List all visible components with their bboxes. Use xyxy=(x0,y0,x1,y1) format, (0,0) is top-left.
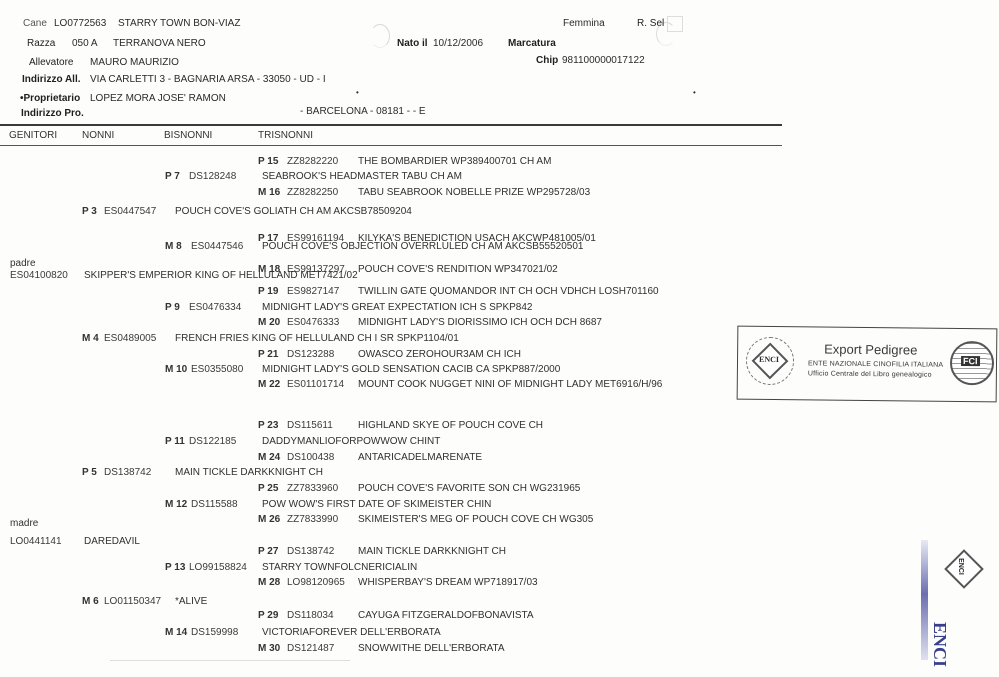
nato-value: 10/12/2006 xyxy=(433,38,483,49)
gen2-reg: ES0447547 xyxy=(104,206,156,217)
gen4-name: ANTARICADELMARENATE xyxy=(358,452,482,463)
indirizzo-all-value: VIA CARLETTI 3 - BAGNARIA ARSA - 33050 -… xyxy=(90,74,326,85)
col-bisnonni: BISNONNI xyxy=(164,130,212,141)
gen4-reg: DS121487 xyxy=(287,643,334,654)
gen4-code: M 30 xyxy=(258,643,280,654)
cane-label: Cane xyxy=(23,18,47,29)
gen3-name: POW WOW'S FIRST DATE OF SKIMEISTER CHIN xyxy=(262,499,491,510)
gen4-reg: DS138742 xyxy=(287,546,334,557)
gen4-reg: ES0476333 xyxy=(287,317,339,328)
gen4-name: SKIMEISTER'S MEG OF POUCH COVE CH WG305 xyxy=(358,514,593,525)
gen4-name: HIGHLAND SKYE OF POUCH COVE CH xyxy=(358,420,543,431)
proprietario-value: LOPEZ MORA JOSE' RAMON xyxy=(90,93,226,104)
gen4-code: P 19 xyxy=(258,286,278,297)
gen3-name: POUCH COVE'S OBJECTION OVERRLULED CH AM … xyxy=(262,241,583,252)
gen4-code: M 22 xyxy=(258,379,280,390)
gen3-code: M 10 xyxy=(165,364,187,375)
gen4-reg: DS115611 xyxy=(287,420,333,431)
gen2-code: M 4 xyxy=(82,333,99,344)
gen2-code: M 6 xyxy=(82,596,99,607)
gen3-name: MIDNIGHT LADY'S GREAT EXPECTATION ICH S … xyxy=(262,302,533,313)
enci-logo-text: ENCI xyxy=(929,622,950,667)
checkbox-rsel xyxy=(667,16,683,32)
stamp-title: Export Pedigree xyxy=(824,342,917,358)
dot-mark: • xyxy=(356,88,359,97)
gen2-name: *ALIVE xyxy=(175,596,207,607)
gen3-reg: DS159998 xyxy=(191,627,238,638)
gen4-name: OWASCO ZEROHOUR3AM CH ICH xyxy=(358,349,521,360)
sex-value: Femmina xyxy=(563,18,605,29)
parent-role-madre: madre xyxy=(10,518,38,529)
header-rule-top xyxy=(0,124,782,126)
enci-color-bar xyxy=(921,540,928,660)
gen3-name: STARRY TOWNFOLCNERICIALIN xyxy=(262,562,417,573)
razza-label: Razza xyxy=(27,38,55,49)
gen4-reg: DS123288 xyxy=(287,349,334,360)
gen4-code: P 23 xyxy=(258,420,278,431)
gen3-name: MIDNIGHT LADY'S GOLD SENSATION CACIB CA … xyxy=(262,364,560,375)
indirizzo-pro-value: - BARCELONA - 08181 - - E xyxy=(300,106,426,117)
stamp-line-1: ENTE NAZIONALE CINOFILIA ITALIANA xyxy=(808,360,943,368)
chip-value: 981100000017122 xyxy=(562,55,645,66)
razza-name: TERRANOVA NERO xyxy=(113,38,206,49)
gen4-name: MIDNIGHT LADY'S DIORISSIMO ICH OCH DCH 8… xyxy=(358,317,602,328)
gen4-name: POUCH COVE'S FAVORITE SON CH WG231965 xyxy=(358,483,580,494)
parent-name: DAREDAVIL xyxy=(84,536,140,547)
stamp-line-2: Ufficio Centrale del Libro genealogico xyxy=(808,370,932,378)
col-genitori: GENITORI xyxy=(9,130,57,141)
parent-role-padre: padre xyxy=(10,258,36,269)
rsel-label: R. Sel xyxy=(637,18,664,29)
parent-name: SKIPPER'S EMPERIOR KING OF HELLULAND MET… xyxy=(84,270,358,281)
gen4-reg: ZZ8282220 xyxy=(287,156,338,167)
gen3-reg: DS128248 xyxy=(189,171,236,182)
gen4-name: THE BOMBARDIER WP389400701 CH AM xyxy=(358,156,551,167)
gen4-name: MAIN TICKLE DARKKNIGHT CH xyxy=(358,546,506,557)
gen4-code: M 24 xyxy=(258,452,280,463)
gen4-code: M 20 xyxy=(258,317,280,328)
col-nonni: NONNI xyxy=(82,130,114,141)
gen3-reg: DS115588 xyxy=(191,499,238,510)
allevatore-value: MAURO MAURIZIO xyxy=(90,57,179,68)
gen2-name: MAIN TICKLE DARKKNIGHT CH xyxy=(175,467,323,478)
parent-reg: LO0441141 xyxy=(10,536,62,547)
gen2-name: POUCH COVE'S GOLIATH CH AM AKCSB78509204 xyxy=(175,206,412,217)
gen4-code: P 25 xyxy=(258,483,278,494)
gen4-name: TWILLIN GATE QUOMANDOR INT CH OCH VDHCH … xyxy=(358,286,659,297)
bottom-rule xyxy=(110,660,350,661)
gen3-code: P 13 xyxy=(165,562,185,573)
enci-seal-icon: ENCI xyxy=(746,337,795,386)
col-trisnonni: TRISNONNI xyxy=(258,130,313,141)
gen3-code: M 14 xyxy=(165,627,187,638)
chip-label: Chip xyxy=(536,55,558,66)
indirizzo-all-label: Indirizzo All. xyxy=(22,74,81,85)
dot-mark: • xyxy=(693,88,696,97)
gen4-code: P 29 xyxy=(258,610,278,621)
allevatore-label: Allevatore xyxy=(29,57,73,68)
punch-hole xyxy=(370,24,390,48)
gen3-code: P 11 xyxy=(165,436,185,447)
gen3-reg: LO99158824 xyxy=(189,562,247,573)
gen3-code: P 9 xyxy=(165,302,180,313)
gen2-name: FRENCH FRIES KING OF HELLULAND CH I SR S… xyxy=(175,333,459,344)
gen4-reg: LO98120965 xyxy=(287,577,345,588)
gen4-name: POUCH COVE'S RENDITION WP347021/02 xyxy=(358,264,558,275)
gen3-reg: ES0447546 xyxy=(191,241,243,252)
header-rule-bottom xyxy=(0,145,782,146)
gen3-name: DADDYMANLIOFORPOWWOW CHINT xyxy=(262,436,440,447)
gen4-name: MOUNT COOK NUGGET NINI OF MIDNIGHT LADY … xyxy=(358,379,662,390)
gen2-reg: DS138742 xyxy=(104,467,151,478)
gen2-code: P 5 xyxy=(82,467,97,478)
cane-name: STARRY TOWN BON-VIAZ xyxy=(118,18,240,29)
gen2-code: P 3 xyxy=(82,206,97,217)
gen2-reg: ES0489005 xyxy=(104,333,156,344)
gen3-reg: ES0476334 xyxy=(189,302,241,313)
gen4-name: TABU SEABROOK NOBELLE PRIZE WP295728/03 xyxy=(358,187,590,198)
gen4-name: WHISPERBAY'S DREAM WP718917/03 xyxy=(358,577,538,588)
gen3-reg: DS122185 xyxy=(189,436,236,447)
parent-reg: ES04100820 xyxy=(10,270,68,281)
gen4-reg: ES9827147 xyxy=(287,286,339,297)
gen4-reg: ES01101714 xyxy=(287,379,344,390)
gen4-reg: ZZ7833990 xyxy=(287,514,338,525)
proprietario-label: •Proprietario xyxy=(20,93,80,104)
gen4-name: SNOWWITHE DELL'ERBORATA xyxy=(358,643,505,654)
gen4-code: P 21 xyxy=(258,349,278,360)
enci-logo-seal-icon: ENCI xyxy=(940,545,986,591)
gen3-reg: ES0355080 xyxy=(191,364,243,375)
gen4-code: P 15 xyxy=(258,156,278,167)
gen4-name: CAYUGA FITZGERALDOFBONAVISTA xyxy=(358,610,534,621)
gen4-code: P 27 xyxy=(258,546,278,557)
gen4-code: M 26 xyxy=(258,514,280,525)
cane-reg: LO0772563 xyxy=(54,18,106,29)
gen3-name: VICTORIAFOREVER DELL'ERBORATA xyxy=(262,627,441,638)
gen4-code: M 28 xyxy=(258,577,280,588)
indirizzo-pro-label: Indirizzo Pro. xyxy=(21,108,84,119)
gen3-code: P 7 xyxy=(165,171,180,182)
gen2-reg: LO01150347 xyxy=(104,596,161,607)
gen4-reg: DS118034 xyxy=(287,610,334,621)
export-pedigree-stamp: ENCI Export Pedigree ENTE NAZIONALE CINO… xyxy=(737,326,998,403)
gen3-name: SEABROOK'S HEADMASTER TABU CH AM xyxy=(262,171,462,182)
gen4-reg: ZZ7833960 xyxy=(287,483,338,494)
gen3-code: M 12 xyxy=(165,499,187,510)
gen4-reg: ZZ8282250 xyxy=(287,187,338,198)
marcatura-label: Marcatura xyxy=(508,38,556,49)
gen4-code: M 16 xyxy=(258,187,280,198)
gen4-reg: DS100438 xyxy=(287,452,334,463)
razza-code: 050 A xyxy=(72,38,98,49)
nato-label: Nato il xyxy=(397,38,428,49)
gen3-code: M 8 xyxy=(165,241,182,252)
fci-globe-icon: FCI xyxy=(950,341,994,385)
